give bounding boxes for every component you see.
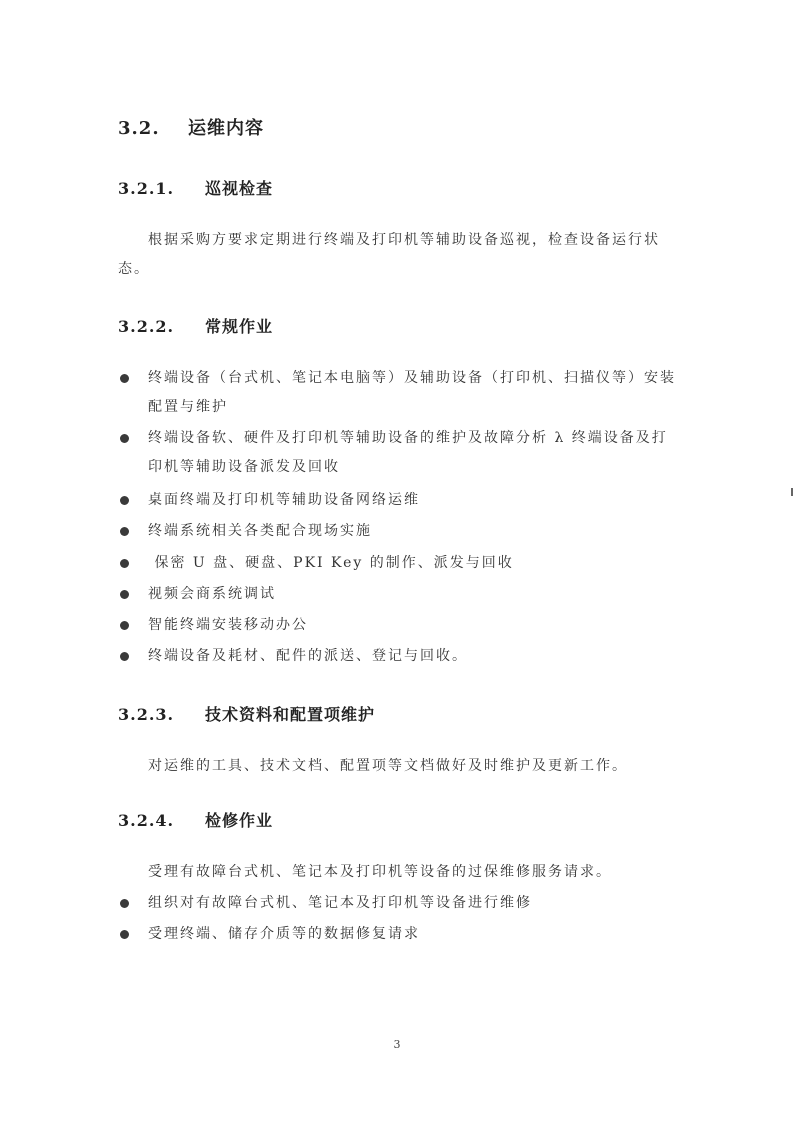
paragraph-repair: 受理有故障台式机、笔记本及打印机等设备的过保维修服务请求。	[118, 858, 678, 887]
scan-mark	[791, 488, 793, 496]
subsection-heading-3-2-1: 3.2.1.巡视检查	[118, 176, 273, 199]
subsection-title: 巡视检查	[205, 179, 273, 198]
page-number: 3	[0, 1038, 794, 1051]
subsection-heading-3-2-3: 3.2.3.技术资料和配置项维护	[118, 702, 375, 725]
subsection-title: 技术资料和配置项维护	[205, 705, 375, 724]
bullet-icon	[120, 434, 129, 443]
list-item: 终端系统相关各类配合现场实施	[118, 517, 678, 546]
paragraph-documentation: 对运维的工具、技术文档、配置项等文档做好及时维护及更新工作。	[118, 752, 678, 781]
bullet-icon	[120, 930, 129, 939]
list-item: 终端设备（台式机、笔记本电脑等）及辅助设备（打印机、扫描仪等）安装 配置与维护	[118, 364, 678, 422]
section-heading: 3.2.运维内容	[118, 114, 264, 140]
list-item: 组织对有故障台式机、笔记本及打印机等设备进行维修	[118, 889, 678, 918]
list-item: 智能终端安装移动办公	[118, 611, 678, 640]
list-item: 受理终端、储存介质等的数据修复请求	[118, 920, 678, 949]
bullet-icon	[120, 652, 129, 661]
subsection-number: 3.2.4.	[118, 811, 205, 830]
paragraph-inspection: 根据采购方要求定期进行终端及打印机等辅助设备巡视，检查设备运行状态。	[118, 226, 678, 284]
bullet-icon	[120, 590, 129, 599]
subsection-heading-3-2-4: 3.2.4.检修作业	[118, 808, 273, 831]
section-title: 运维内容	[188, 118, 264, 139]
subsection-heading-3-2-2: 3.2.2.常规作业	[118, 314, 273, 337]
list-item: 桌面终端及打印机等辅助设备网络运维	[118, 486, 678, 515]
subsection-number: 3.2.2.	[118, 317, 205, 336]
subsection-number: 3.2.1.	[118, 179, 205, 198]
list-item: 视频会商系统调试	[118, 580, 678, 609]
bullet-icon	[120, 899, 129, 908]
list-item: 保密 U 盘、硬盘、PKI Key 的制作、派发与回收	[118, 549, 678, 578]
section-number: 3.2.	[118, 118, 188, 139]
bullet-icon	[120, 496, 129, 505]
bullet-icon	[120, 559, 129, 568]
bullet-icon	[120, 527, 129, 536]
bullet-icon	[120, 374, 129, 383]
subsection-title: 常规作业	[205, 317, 273, 336]
subsection-number: 3.2.3.	[118, 705, 205, 724]
list-item: 终端设备及耗材、配件的派送、登记与回收。	[118, 642, 678, 671]
list-item: 终端设备软、硬件及打印机等辅助设备的维护及故障分析 λ 终端设备及打印机等辅助设…	[118, 424, 678, 482]
subsection-title: 检修作业	[205, 811, 273, 830]
bullet-icon	[120, 621, 129, 630]
